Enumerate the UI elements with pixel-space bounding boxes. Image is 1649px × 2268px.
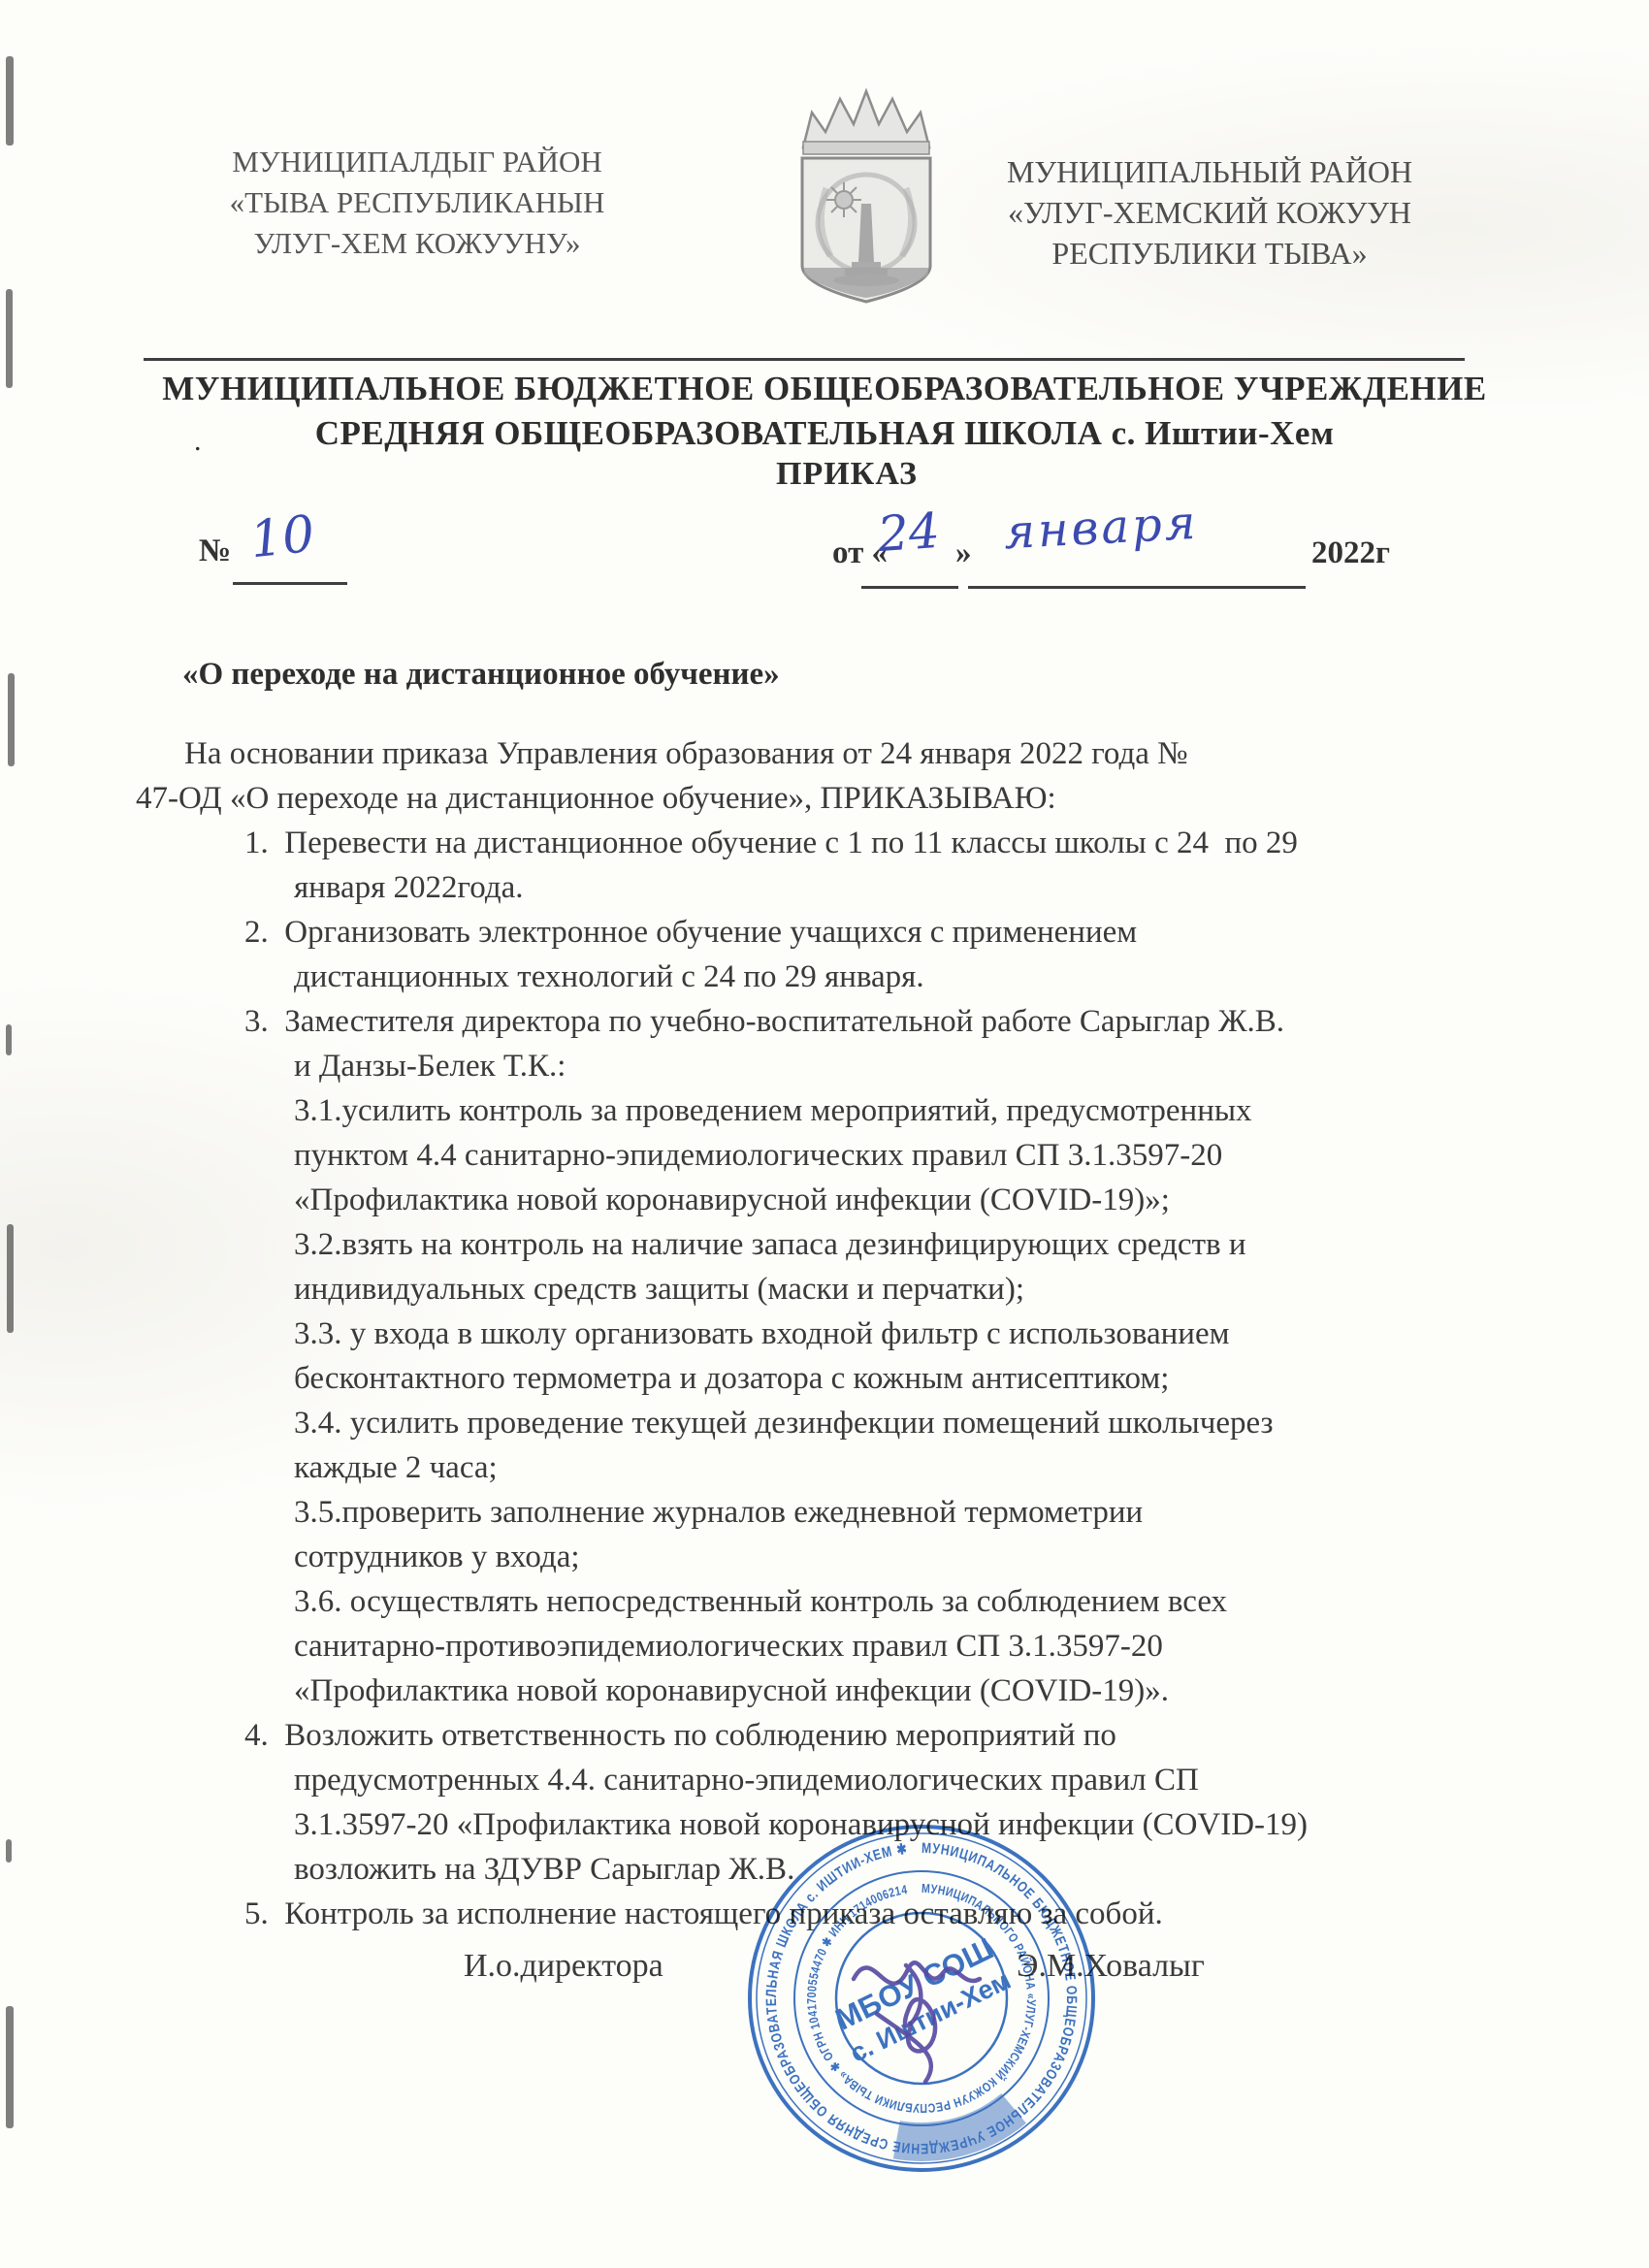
signature-role: И.о.директора [464, 1948, 663, 1985]
date-year: 2022г [1311, 535, 1390, 571]
order-item-line: января 2022года. [0, 865, 1649, 910]
date-close-quote: » [955, 535, 972, 571]
letterhead-right-line: «УЛУГ-ХЕМСКИЙ КОЖУУН [972, 192, 1447, 233]
letterhead-right-line: РЕСПУБЛИКИ ТЫВА» [972, 233, 1447, 274]
order-item-line: 4. Возложить ответственность по соблюден… [0, 1713, 1649, 1758]
order-item-line: 3.4. усилить проведение текущей дезинфек… [0, 1401, 1649, 1445]
order-item-line: индивидуальных средств защиты (маски и п… [0, 1267, 1649, 1312]
order-item-line: санитарно-противоэпидемиологических прав… [0, 1624, 1649, 1669]
organization-title-line2: СРЕДНЯЯ ОБЩЕОБРАЗОВАТЕЛЬНАЯ ШКОЛА с. Ишт… [0, 414, 1649, 453]
official-round-stamp: МУНИЦИПАЛЬНОЕ БЮДЖЕТНОЕ ОБЩЕОБРАЗОВАТЕЛЬ… [745, 1822, 1098, 2175]
letterhead-left-tuvan: МУНИЦИПАЛДЫГ РАЙОН «ТЫВА РЕСПУБЛИКАНЫН У… [165, 142, 669, 264]
order-item-line: «Профилактика новой коронавирусной инфек… [0, 1178, 1649, 1222]
letterhead-left-line: УЛУГ-ХЕМ КОЖУУНУ» [165, 223, 669, 264]
letterhead-left-line: МУНИЦИПАЛДЫГ РАЙОН [165, 142, 669, 182]
order-item-line: 3.6. осуществлять непосредственный контр… [0, 1579, 1649, 1624]
order-item-line: 3.3. у входа в школу организовать входно… [0, 1312, 1649, 1356]
scan-artifact [6, 56, 14, 146]
coat-of-arms-icon [774, 85, 958, 307]
order-item-line: и Данзы-Белек Т.К.: [0, 1044, 1649, 1088]
order-item-line: дистанционных технологий с 24 по 29 янва… [0, 955, 1649, 999]
organization-title-line1: МУНИЦИПАЛЬНОЕ БЮДЖЕТНОЕ ОБЩЕОБРАЗОВАТЕЛЬ… [0, 370, 1649, 408]
date-month-underline [968, 586, 1306, 589]
scan-artifact [6, 2006, 14, 2128]
scan-stray-mark: . [194, 425, 202, 458]
order-subject: «О переходе на дистанционное обучение» [0, 652, 1649, 697]
order-item-line: пунктом 4.4 санитарно-эпидемиологических… [0, 1133, 1649, 1178]
letterhead-right-russian: МУНИЦИПАЛЬНЫЙ РАЙОН «УЛУГ-ХЕМСКИЙ КОЖУУН… [972, 151, 1447, 274]
order-item-line: 3. Заместителя директора по учебно-воспи… [0, 999, 1649, 1044]
order-item-line: 3.2.взять на контроль на наличие запаса … [0, 1222, 1649, 1267]
order-item-line: предусмотренных 4.4. санитарно-эпидемиол… [0, 1758, 1649, 1802]
order-heading: ПРИКАЗ [0, 456, 1649, 493]
number-underline [233, 582, 347, 585]
date-month-handwritten: января [1003, 496, 1200, 560]
date-day-underline [861, 586, 958, 589]
order-item-line: каждые 2 часа; [0, 1445, 1649, 1490]
order-number-handwritten: 10 [247, 505, 317, 570]
order-item-line: сотрудников у входа; [0, 1535, 1649, 1579]
order-item-line: «Профилактика новой коронавирусной инфек… [0, 1669, 1649, 1713]
horizontal-rule [144, 358, 1465, 361]
order-item-line: 3.1.усилить контроль за проведением меро… [0, 1088, 1649, 1133]
order-item-line: 2. Организовать электронное обучение уча… [0, 910, 1649, 955]
letterhead-right-line: МУНИЦИПАЛЬНЫЙ РАЙОН [972, 151, 1447, 192]
order-item-line: 1. Перевести на дистанционное обучение с… [0, 821, 1649, 865]
intro-line: 47-ОД «О переходе на дистанционное обуче… [0, 776, 1649, 821]
intro-line: На основании приказа Управления образова… [0, 731, 1649, 776]
letterhead-left-line: «ТЫВА РЕСПУБЛИКАНЫН [165, 182, 669, 223]
order-body: «О переходе на дистанционное обучение» Н… [0, 652, 1649, 1936]
order-number-label: № [199, 534, 231, 569]
order-item-line: 3.5.проверить заполнение журналов ежедне… [0, 1490, 1649, 1535]
order-item-line: бесконтактного термометра и дозатора с к… [0, 1356, 1649, 1401]
date-day-handwritten: 24 [876, 502, 942, 563]
scanned-order-document: МУНИЦИПАЛДЫГ РАЙОН «ТЫВА РЕСПУБЛИКАНЫН У… [0, 0, 1649, 2268]
